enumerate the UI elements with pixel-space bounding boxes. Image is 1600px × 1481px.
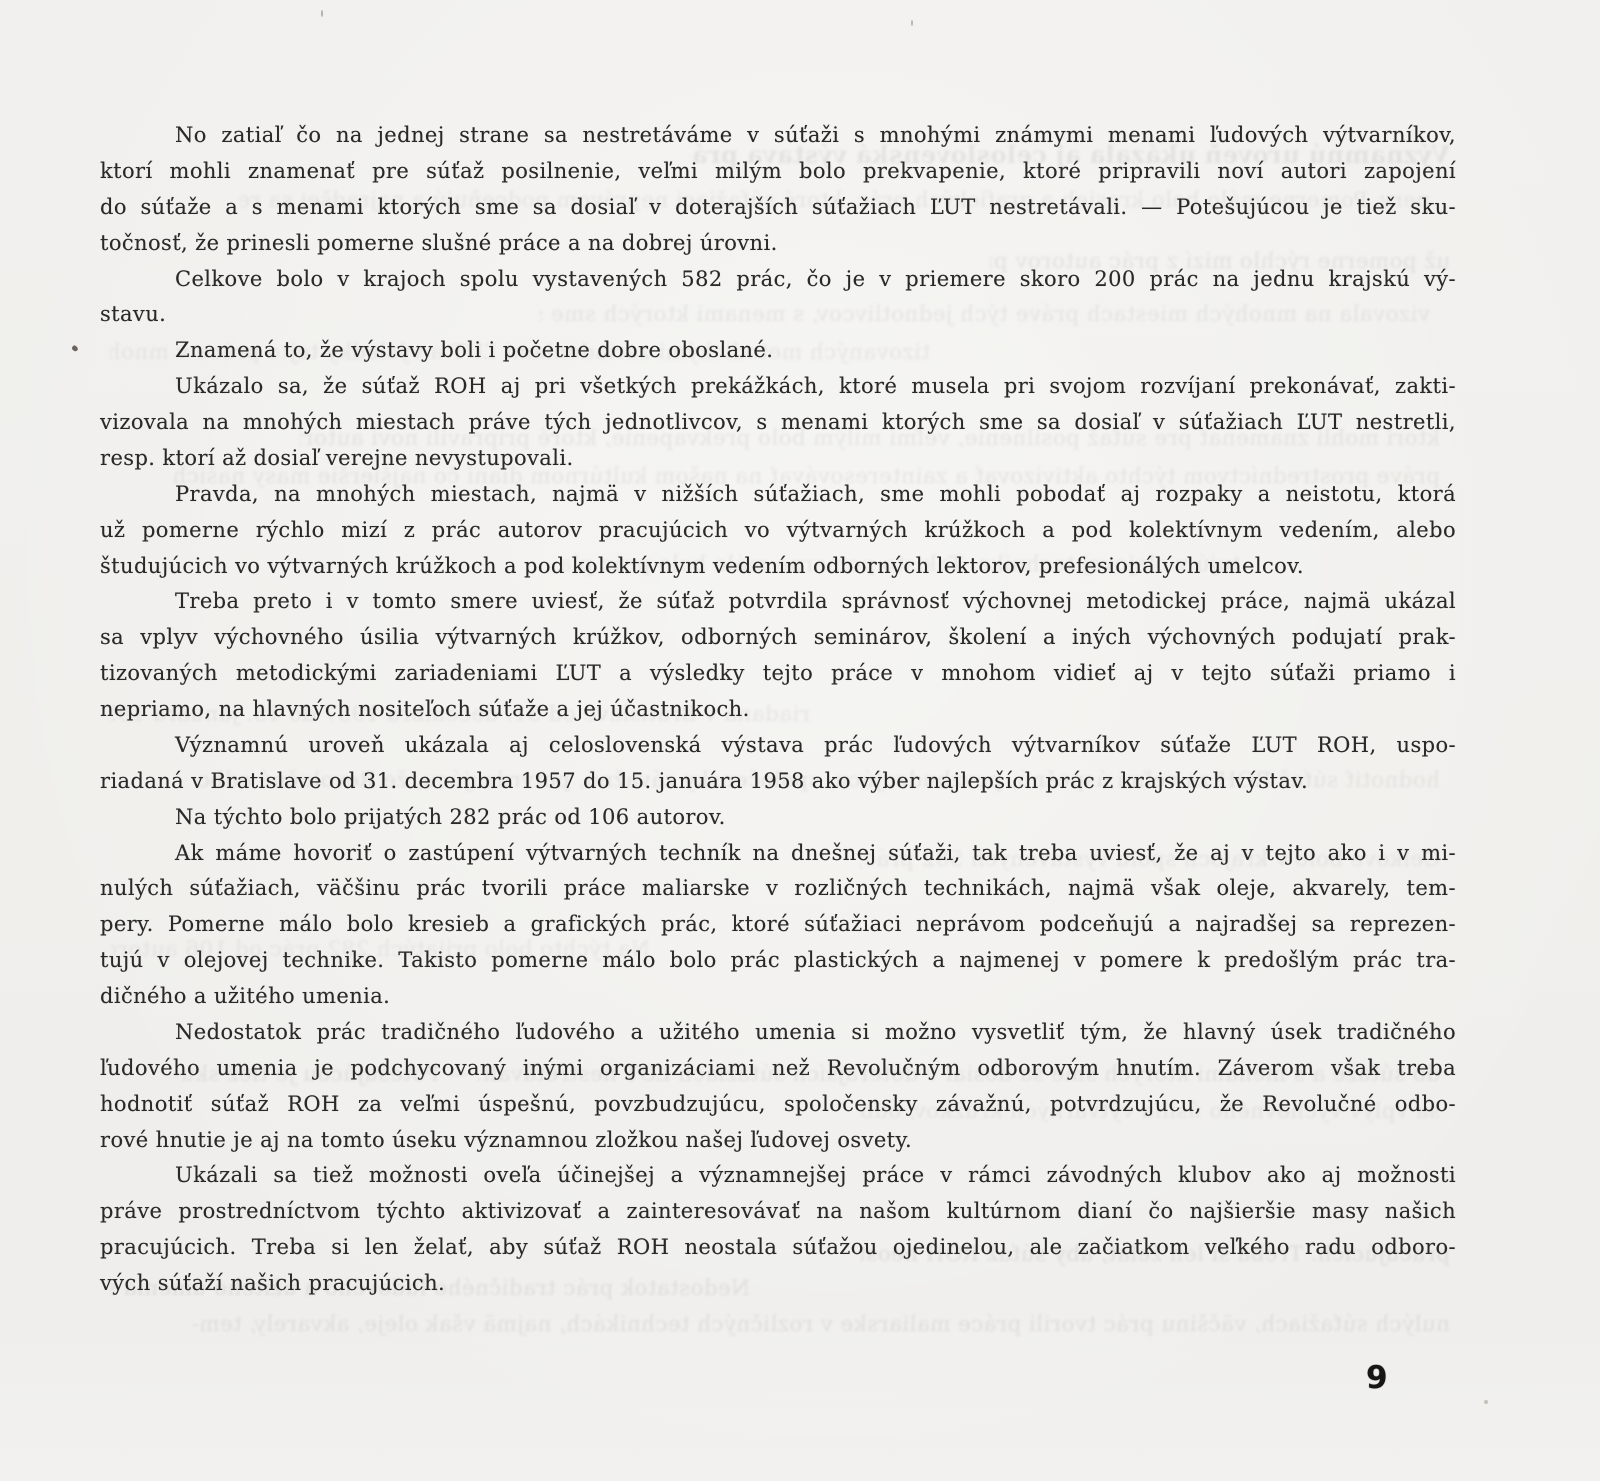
- text-line: točnosť, že prinesli pomerne slušné prác…: [100, 226, 1456, 262]
- text-line: rové hnutie je aj na tomto úseku významn…: [100, 1123, 1456, 1159]
- text-line: tujú v olejovej technike. Takisto pomern…: [100, 943, 1456, 979]
- text-line: Ukázali sa tiež možnosti oveľa účinejšej…: [100, 1158, 1456, 1194]
- text-line: Významnú uroveň ukázala aj celoslovenská…: [100, 728, 1456, 764]
- text-line: Znamená to, že výstavy boli i početne do…: [100, 333, 1456, 369]
- text-line: nepriamo, na hlavných nositeľoch súťaže …: [100, 692, 1456, 728]
- text-line: Ak máme hovoriť o zastúpení výtvarných t…: [100, 836, 1456, 872]
- text-line: nulých súťažiach, väčšinu prác tvorili p…: [100, 871, 1456, 907]
- text-line: už pomerne rýchlo mizí z prác autorov pr…: [100, 513, 1456, 549]
- text-line: No zatiaľ čo na jednej strane sa nestret…: [100, 118, 1456, 154]
- ink-speck: [71, 345, 79, 353]
- text-line: Pravda, na mnohých miestach, najmä v niž…: [100, 477, 1456, 513]
- text-line: vizovala na mnohých miestach práve tých …: [100, 405, 1456, 441]
- page-body-text: No zatiaľ čo na jednej strane sa nestret…: [100, 118, 1456, 1302]
- text-line: dičného a užitého umenia.: [100, 979, 1456, 1015]
- ghost-line: nulých súťažiach, väčšinu prác tvorili p…: [110, 1310, 1450, 1340]
- text-line: pery. Pomerne málo bolo kresieb a grafic…: [100, 907, 1456, 943]
- text-line: stavu.: [100, 297, 1456, 333]
- ink-speck: [1484, 1400, 1488, 1404]
- text-line: resp. ktorí až dosiaľ verejne nevystupov…: [100, 441, 1456, 477]
- text-line: hodnotiť súťaž ROH za veľmi úspešnú, pov…: [100, 1087, 1456, 1123]
- text-line: vých súťaží našich pracujúcich.: [100, 1266, 1456, 1302]
- ink-speck: [321, 10, 323, 17]
- text-line: ktorí mohli znamenať pre súťaž posilneni…: [100, 154, 1456, 190]
- text-line: pracujúcich. Treba si len želať, aby súť…: [100, 1230, 1456, 1266]
- text-line: Ukázalo sa, že súťaž ROH aj pri všetkých…: [100, 369, 1456, 405]
- page-number: 9: [1366, 1360, 1388, 1396]
- text-line: Treba preto i v tomto smere uviesť, že s…: [100, 584, 1456, 620]
- text-line: Celkove bolo v krajoch spolu vystavených…: [100, 262, 1456, 298]
- text-line: študujúcich vo výtvarných krúžkoch a pod…: [100, 549, 1456, 585]
- text-line: Na týchto bolo prijatých 282 prác od 106…: [100, 800, 1456, 836]
- text-line: riadaná v Bratislave od 31. decembra 195…: [100, 764, 1456, 800]
- text-line: práve prostredníctvom týchto aktivizovať…: [100, 1194, 1456, 1230]
- text-line: ľudového umenia je podchycovaný inými or…: [100, 1051, 1456, 1087]
- text-line: sa vplyv výchovného úsilia výtvarných kr…: [100, 620, 1456, 656]
- ink-speck: [911, 20, 913, 26]
- text-line: tizovaných metodickými zariadeniami ĽUT …: [100, 656, 1456, 692]
- text-line: Nedostatok prác tradičného ľudového a už…: [100, 1015, 1456, 1051]
- scanned-page: Významnú uroveň ukázala aj celoslovenská…: [0, 0, 1600, 1481]
- text-line: do súťaže a s menami ktorých sme sa dosi…: [100, 190, 1456, 226]
